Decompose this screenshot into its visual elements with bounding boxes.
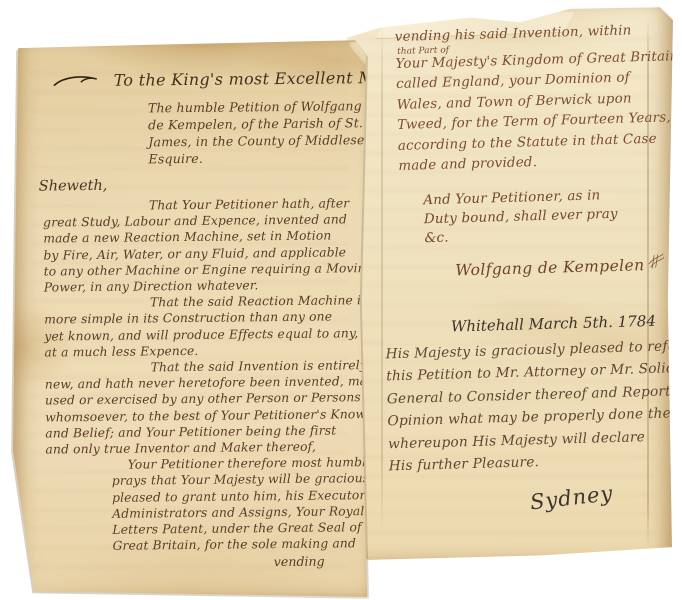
paragraph-2: That the said Reaction Machine is more s…: [38, 292, 357, 360]
preamble-line: Esquire.: [148, 148, 354, 167]
petition-heading: To the King's most Excellent Majesty: [52, 68, 354, 90]
petitioner-signature: Wolfgang de Kempelen: [455, 256, 645, 279]
closing-prayer: And Your Petitioner, as in Duty bound, s…: [423, 184, 664, 248]
petition-page-1: To the King's most Excellent Majesty The…: [8, 38, 370, 598]
paragraph-1: That Your Petitioner hath, after great S…: [37, 195, 356, 296]
paragraph-3: That the said Invention is entirely new,…: [39, 357, 358, 458]
petitioner-signature-row: Wolfgang de Kempelen: [455, 247, 666, 279]
heading-flourish-icon: [52, 73, 110, 88]
prayer-line: Great Britain, for the sole making and: [112, 536, 358, 555]
preamble-line: de Kempelen, of the Parish of St.: [148, 114, 354, 133]
preamble-line: James, in the County of Middlesex,: [148, 131, 354, 150]
sheweth-label: Sheweth,: [39, 175, 355, 194]
paragraph-line: to any other Machine or Engine requiring…: [44, 260, 356, 279]
petition-preamble: The humble Petition of Wolfgang de Kempe…: [148, 97, 355, 167]
document-scan: vending his said Invention, within that …: [0, 0, 682, 600]
page-2-text: vending his said Invention, within that …: [328, 0, 682, 513]
endorsement-text: His Majesty is graciously pleased to ref…: [385, 335, 671, 478]
paragraph-line: yet known, and will produce Effects equa…: [44, 325, 356, 344]
signature-paraph-icon: [647, 247, 666, 273]
catchword: vending: [41, 554, 359, 572]
royal-endorsement: Whitehall March 5th. 1784 His Majesty is…: [403, 311, 672, 511]
preamble-line: The humble Petition of Wolfgang: [148, 97, 354, 116]
petition-page-2: vending his said Invention, within that …: [335, 5, 675, 561]
page-1-text: To the King's most Excellent Majesty The…: [5, 36, 373, 572]
prayer-paragraph: Your Petitioner therefore most humbly pr…: [112, 454, 359, 554]
sydney-signature: Sydney: [529, 474, 673, 514]
endorsement-dateline: Whitehall March 5th. 1784: [451, 311, 667, 335]
